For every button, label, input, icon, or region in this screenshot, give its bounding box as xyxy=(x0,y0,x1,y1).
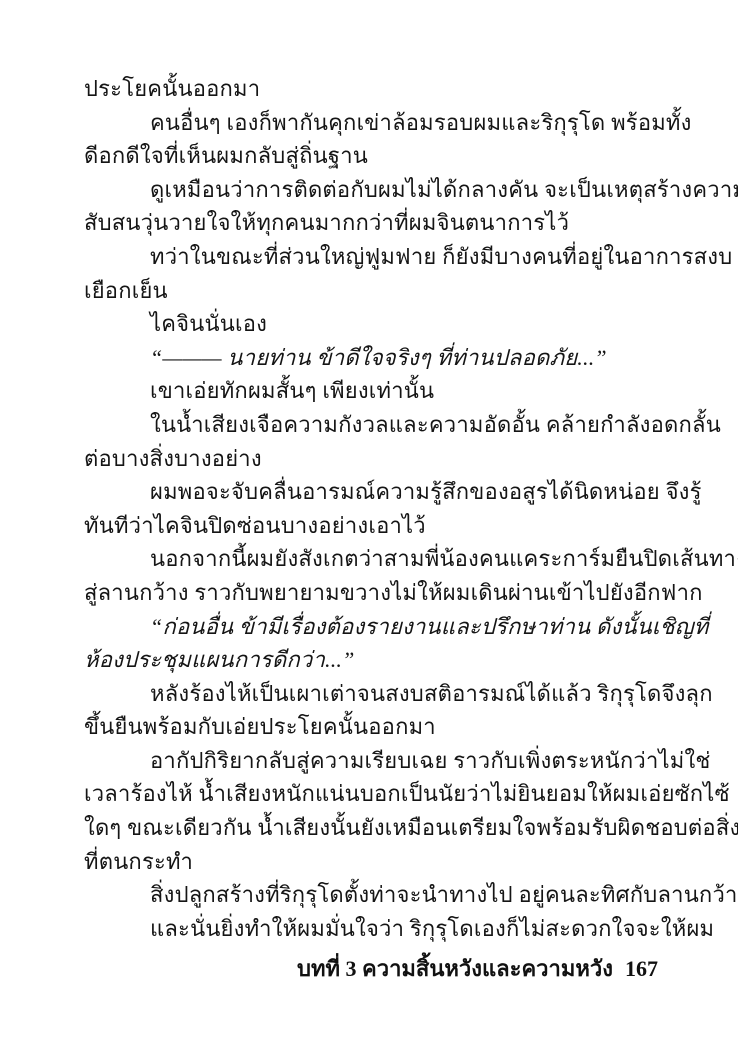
text-line: ไคจินนั่นเอง xyxy=(84,307,662,341)
text-line: สับสนวุ่นวายใจให้ทุกคนมากกว่าที่ผมจินตนา… xyxy=(84,206,662,240)
text-line: สู่ลานกว้าง ราวกับพยายามขวางไม่ให้ผมเดิน… xyxy=(84,576,662,610)
text-line: เขาเอ่ยทักผมสั้นๆ เพียงเท่านั้น xyxy=(84,374,662,408)
text-line: ทว่าในขณะที่ส่วนใหญ่ฟูมฟาย ก็ยังมีบางคนท… xyxy=(84,240,662,274)
text-line: ขึ้นยืนพร้อมกับเอ่ยประโยคนั้นออกมา xyxy=(84,710,662,744)
text-line: และนั่นยิ่งทำให้ผมมั่นใจว่า ริกุรุโดเองก… xyxy=(84,912,662,946)
text-line: หลังร้องไห้เป็นเผาเต่าจนสงบสติอารมณ์ได้แ… xyxy=(84,677,662,711)
text-line: ประโยคนั้นออกมา xyxy=(84,72,662,106)
text-line: นอกจากนี้ผมยังสังเกตว่าสามพี่น้องคนแคระก… xyxy=(84,542,662,576)
text-line: สิ่งปลูกสร้างที่ริกุรุโดตั้งท่าจะนำทางไป… xyxy=(84,878,662,912)
page-footer: บทที่ 3 ความสิ้นหวังและความหวัง167 xyxy=(84,951,658,986)
text-line: ดูเหมือนว่าการติดต่อกับผมไม่ได้กลางคัน จ… xyxy=(84,173,662,207)
text-line: “——— นายท่าน ข้าดีใจจริงๆ ที่ท่านปลอดภัย… xyxy=(84,341,662,375)
text-line: ห้องประชุมแผนการดีกว่า...” xyxy=(84,643,662,677)
text-line: ที่ตนกระทำ xyxy=(84,845,662,879)
text-line: อากัปกิริยากลับสู่ความเรียบเฉย ราวกับเพิ… xyxy=(84,744,662,778)
text-line: ต่อบางสิ่งบางอย่าง xyxy=(84,442,662,476)
footer-page-number: 167 xyxy=(625,956,658,981)
footer-chapter-title: บทที่ 3 ความสิ้นหวังและความหวัง xyxy=(297,956,613,981)
text-line: ทันทีว่าไคจินปิดซ่อนบางอย่างเอาไว้ xyxy=(84,509,662,543)
text-line: ใดๆ ขณะเดียวกัน น้ำเสียงนั้นยังเหมือนเตร… xyxy=(84,811,662,845)
text-line: ผมพอจะจับคลื่นอารมณ์ความรู้สึกของอสูรได้… xyxy=(84,475,662,509)
text-line: เวลาร้องไห้ น้ำเสียงหนักแน่นบอกเป็นนัยว่… xyxy=(84,777,662,811)
text-line: ในน้ำเสียงเจือความกังวลและความอัดอั้น คล… xyxy=(84,408,662,442)
text-line: คนอื่นๆ เองก็พากันคุกเข่าล้อมรอบผมและริก… xyxy=(84,106,662,140)
text-line: เยือกเย็น xyxy=(84,274,662,308)
text-line: “ก่อนอื่น ข้ามีเรื่องต้องรายงานและปรึกษา… xyxy=(84,610,662,644)
book-page: ประโยคนั้นออกมาคนอื่นๆ เองก็พากันคุกเข่า… xyxy=(0,0,738,1051)
body-text: ประโยคนั้นออกมาคนอื่นๆ เองก็พากันคุกเข่า… xyxy=(84,72,662,945)
text-line: ดีอกดีใจที่เห็นผมกลับสู่ถิ่นฐาน xyxy=(84,139,662,173)
